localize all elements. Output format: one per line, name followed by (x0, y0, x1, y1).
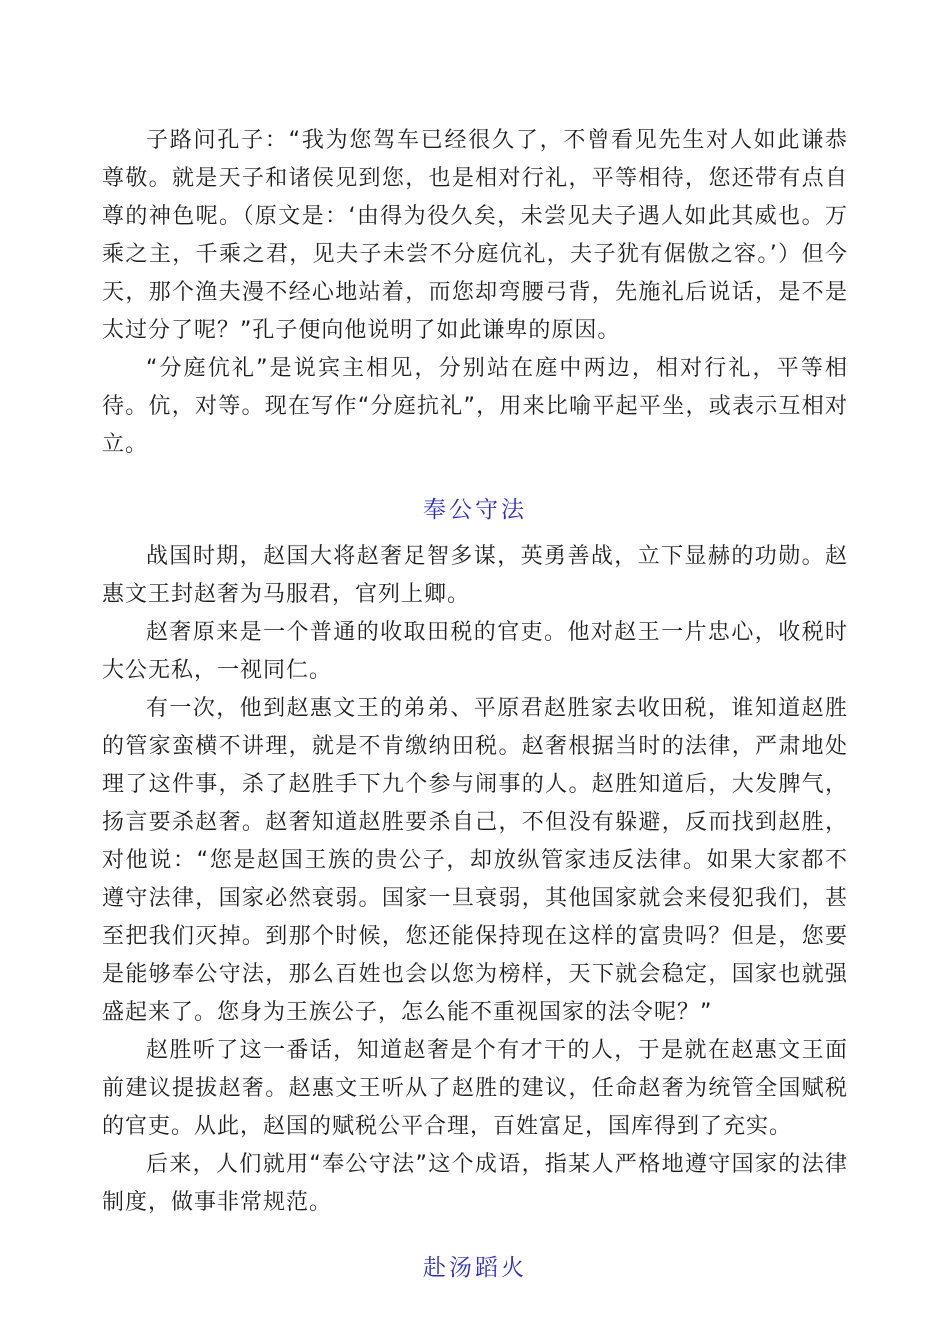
paragraph-fenggong-shoufa-meaning: 后来，人们就用“奉公守法”这个成语，指某人严格地遵守国家的法律制度，做事非常规范… (102, 1146, 848, 1222)
paragraph-zhaosheng-recommendation: 赵胜听了这一番话，知道赵奢是个有才干的人，于是就在赵惠文王面前建议提拔赵奢。赵惠… (102, 1032, 848, 1146)
section-heading-fenggong-shoufa: 奉公守法 (102, 491, 848, 529)
document-page: 子路问孔子：“我为您驾车已经很久了，不曾看见先生对人如此谦恭尊敬。就是天子和诸侯… (0, 0, 950, 1344)
section-heading-futang-daohuo: 赴汤蹈火 (102, 1249, 848, 1287)
paragraph-fenting-kangli-explanation: “分庭伉礼”是说宾主相见，分别站在庭中两边，相对行礼，平等相待。伉，对等。现在写… (102, 350, 848, 464)
paragraph-fenting-kangli-story: 子路问孔子：“我为您驾车已经很久了，不曾看见先生对人如此谦恭尊敬。就是天子和诸侯… (102, 122, 848, 350)
paragraph-zhaoshe-intro: 战国时期，赵国大将赵奢足智多谋，英勇善战，立下显赫的功勋。赵惠文王封赵奢为马服君… (102, 538, 848, 614)
paragraph-zhaoshe-zhaosheng-story: 有一次，他到赵惠文王的弟弟、平原君赵胜家去收田税，谁知道赵胜的管家蛮横不讲理，就… (102, 690, 848, 1032)
paragraph-zhaoshe-tax-officer: 赵奢原来是一个普通的收取田税的官吏。他对赵王一片忠心，收税时大公无私，一视同仁。 (102, 614, 848, 690)
